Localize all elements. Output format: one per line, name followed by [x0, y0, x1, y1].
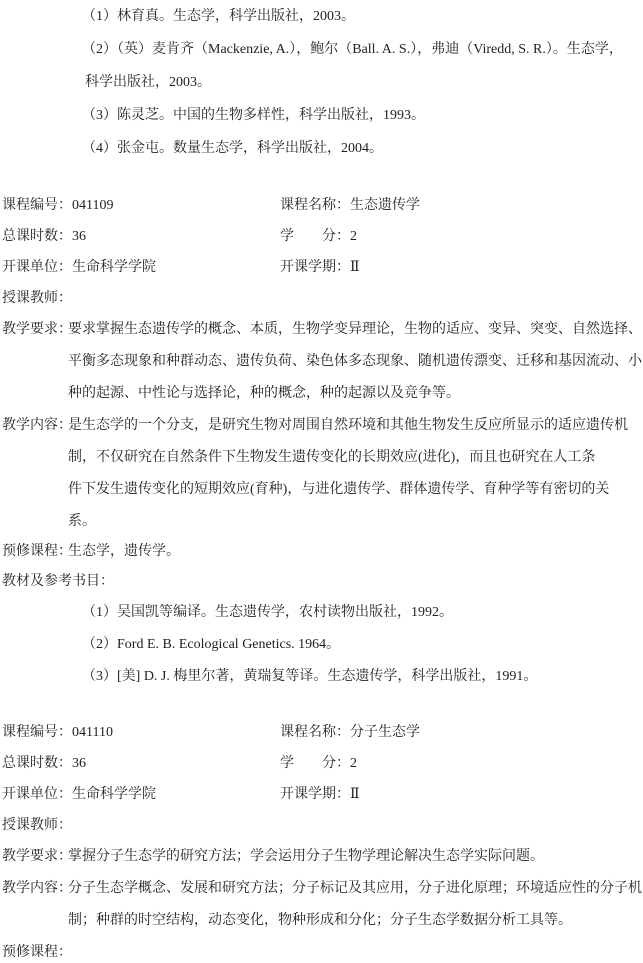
teaching-content-line: 系。	[68, 506, 643, 538]
teaching-content: 教学内容： 是生态学的一个分支，是研究生物对周围自然环境和其他生物发生反应所显示…	[2, 410, 643, 538]
textbook-line: （2）Ford E. B. Ecological Genetics. 1964。	[2, 629, 643, 661]
textbook-list: （1）吴国凯等编译。生态遗传学，农村读物出版社，1992。 （2）Ford E.…	[2, 597, 643, 693]
teaching-requirements-label: 教学要求：	[2, 841, 72, 873]
course-syllabus-page: （1）林育真。生态学，科学出版社，2003。 （2）（英）麦肯齐（Mackenz…	[0, 0, 643, 963]
teaching-requirements: 教学要求： 要求掌握生态遗传学的概念、本质，生物学变异理论，生物的适应、变异、突…	[2, 314, 643, 410]
teaching-requirements-label: 教学要求：	[2, 314, 72, 346]
term-label: 开课学期：	[280, 260, 350, 275]
course-header-row: 总课时数：36 学 分：2	[2, 748, 643, 779]
credits-label: 学 分：	[280, 229, 350, 244]
course-header-row: 课程编号：041109 课程名称：生态遗传学	[2, 190, 643, 221]
course-header-row: 授课教师：	[2, 810, 643, 841]
teaching-requirements-line: 平衡多态现象和种群动态、遗传负荷、染色体多态现象、随机遗传漂变、迁移和基因流动、…	[68, 346, 643, 378]
teaching-content-line: 件下发生遗传变化的短期效应(育种)，与进化遗传学、群体遗传学、育种学等有密切的关	[68, 474, 643, 506]
teaching-content-label: 教学内容：	[2, 410, 72, 442]
teaching-content-label: 教学内容：	[2, 873, 72, 905]
course-no-label: 课程编号：	[2, 725, 72, 740]
textbook-reference-list-top: （1）林育真。生态学，科学出版社，2003。 （2）（英）麦肯齐（Mackenz…	[2, 0, 643, 165]
teacher-label: 授课教师：	[2, 291, 72, 306]
term-label: 开课学期：	[280, 787, 350, 802]
teaching-requirements: 教学要求： 掌握分子生态学的研究方法；学会运用分子生物学理论解决生态学实际问题。	[2, 841, 643, 873]
course-header-row: 授课教师：	[2, 283, 643, 314]
teaching-content: 教学内容： 分子生态学概念、发展和研究方法；分子标记及其应用，分子进化原理；环境…	[2, 873, 643, 937]
credits-value: 2	[350, 229, 357, 244]
course-no-value: 041110	[72, 725, 113, 740]
reference-line: （4）张金屯。数量生态学，科学出版社，2004。	[2, 132, 643, 165]
course-name-value: 生态遗传学	[350, 198, 420, 213]
textbook-line: （3）[美] D. J. 梅里尔著，黄瑞复等译。生态遗传学，科学出版社，1991…	[2, 661, 643, 693]
course-name-label: 课程名称：	[280, 725, 350, 740]
course-name-value: 分子生态学	[350, 725, 420, 740]
total-hours-label: 总课时数：	[2, 229, 72, 244]
teaching-requirements-line: 掌握分子生态学的研究方法；学会运用分子生物学理论解决生态学实际问题。	[68, 841, 643, 873]
course-no-label: 课程编号：	[2, 198, 72, 213]
course-header-row: 课程编号：041110 课程名称：分子生态学	[2, 717, 643, 748]
teaching-content-line: 制，不仅研究在自然条件下生物发生遗传变化的长期效应(进化)，而且也研究在人工条	[68, 442, 643, 474]
offering-unit-label: 开课单位：	[2, 787, 72, 802]
teaching-requirements-line: 要求掌握生态遗传学的概念、本质，生物学变异理论，生物的适应、变异、突变、自然选择…	[68, 314, 643, 346]
total-hours-label: 总课时数：	[2, 756, 72, 771]
term-value: Ⅱ	[350, 787, 360, 802]
offering-unit-value: 生命科学学院	[72, 260, 156, 275]
term-value: Ⅱ	[350, 260, 360, 275]
prerequisites-label: 预修课程：	[2, 937, 72, 963]
reference-line-continuation: 科学出版社，2003。	[2, 66, 643, 99]
teaching-content-line: 制；种群的时空结构，动态变化，物种形成和分化；分子生态学数据分析工具等。	[68, 905, 643, 937]
total-hours-value: 36	[72, 756, 86, 771]
credits-value: 2	[350, 756, 357, 771]
course-name-label: 课程名称：	[280, 198, 350, 213]
teaching-content-line: 分子生态学概念、发展和研究方法；分子标记及其应用，分子进化原理；环境适应性的分子…	[68, 873, 643, 905]
prerequisites: 预修课程： 生态学，遗传学。	[2, 538, 643, 566]
textbooks-heading: 教材及参考书目：	[2, 566, 643, 597]
prerequisites-label: 预修课程：	[2, 538, 72, 566]
course-header: 课程编号：041109 课程名称：生态遗传学 总课时数：36 学 分：2 开课单…	[2, 190, 643, 314]
teaching-requirements-line: 种的起源、中性论与选择论，种的概念，种的起源以及竞争等。	[68, 378, 643, 410]
course-header-row: 开课单位：生命科学学院 开课学期：Ⅱ	[2, 252, 643, 283]
course-header-row: 开课单位：生命科学学院 开课学期：Ⅱ	[2, 779, 643, 810]
course-no-value: 041109	[72, 198, 113, 213]
credits-label: 学 分：	[280, 756, 350, 771]
course-header: 课程编号：041110 课程名称：分子生态学 总课时数：36 学 分：2 开课单…	[2, 717, 643, 841]
reference-line: （2）（英）麦肯齐（Mackenzie, A.），鲍尔（Ball. A. S.）…	[2, 33, 643, 66]
offering-unit-label: 开课单位：	[2, 260, 72, 275]
teacher-label: 授课教师：	[2, 818, 72, 833]
course-header-row: 总课时数：36 学 分：2	[2, 221, 643, 252]
reference-line: （3）陈灵芝。中国的生物多样性，科学出版社，1993。	[2, 99, 643, 132]
prerequisites-value: 生态学，遗传学。	[68, 538, 643, 566]
offering-unit-value: 生命科学学院	[72, 787, 156, 802]
total-hours-value: 36	[72, 229, 86, 244]
reference-line: （1）林育真。生态学，科学出版社，2003。	[2, 0, 643, 33]
textbook-line: （1）吴国凯等编译。生态遗传学，农村读物出版社，1992。	[2, 597, 643, 629]
teaching-content-line: 是生态学的一个分支，是研究生物对周围自然环境和其他生物发生反应所显示的适应遗传机	[68, 410, 643, 442]
